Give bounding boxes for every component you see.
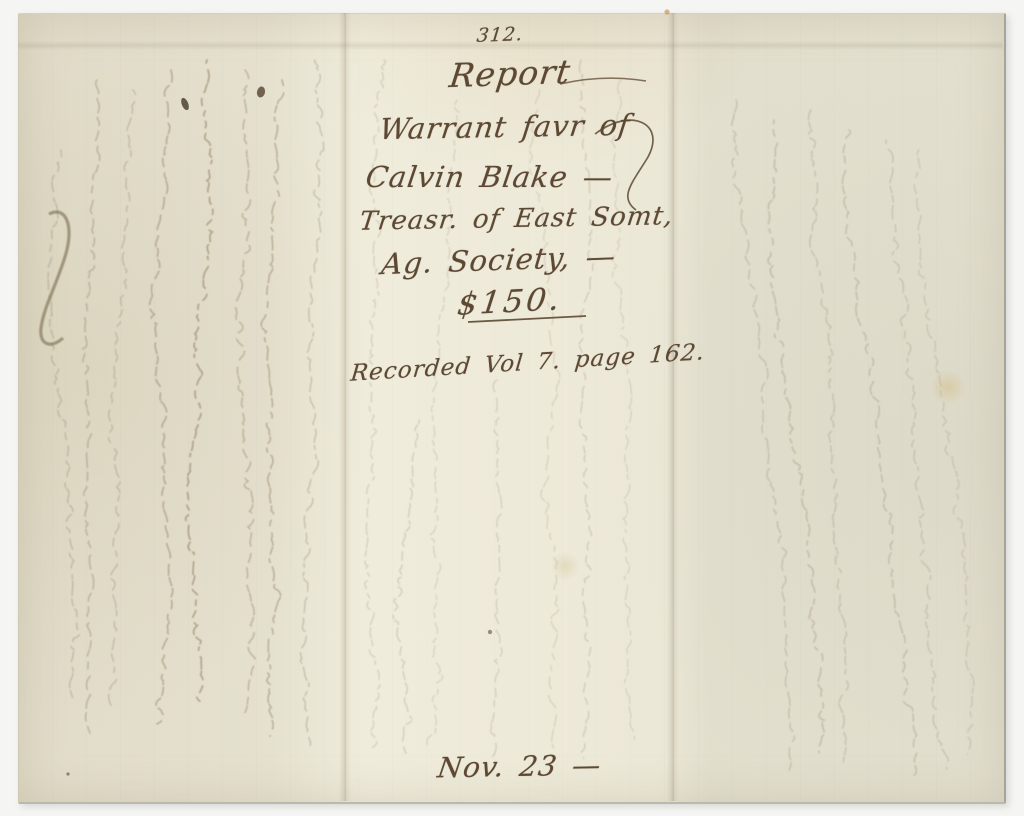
page-number: 312.: [459, 23, 542, 48]
payee-line: Calvin Blake —: [364, 160, 616, 194]
paper-stain: [930, 370, 966, 404]
fold-crease-left: [339, 13, 351, 801]
amount-line: $150.: [455, 281, 564, 322]
report-title: Report: [447, 52, 573, 95]
scanned-document: 312. Report Warrant favr of Calvin Blake…: [0, 0, 1024, 816]
fold-crease-right: [667, 13, 679, 801]
paper-stain: [550, 552, 580, 580]
warrant-line: Warrant favr of: [378, 108, 633, 146]
date-line: Nov. 23 —: [435, 749, 603, 785]
treasurer-line: Treasr. of East Somt,: [358, 201, 675, 236]
